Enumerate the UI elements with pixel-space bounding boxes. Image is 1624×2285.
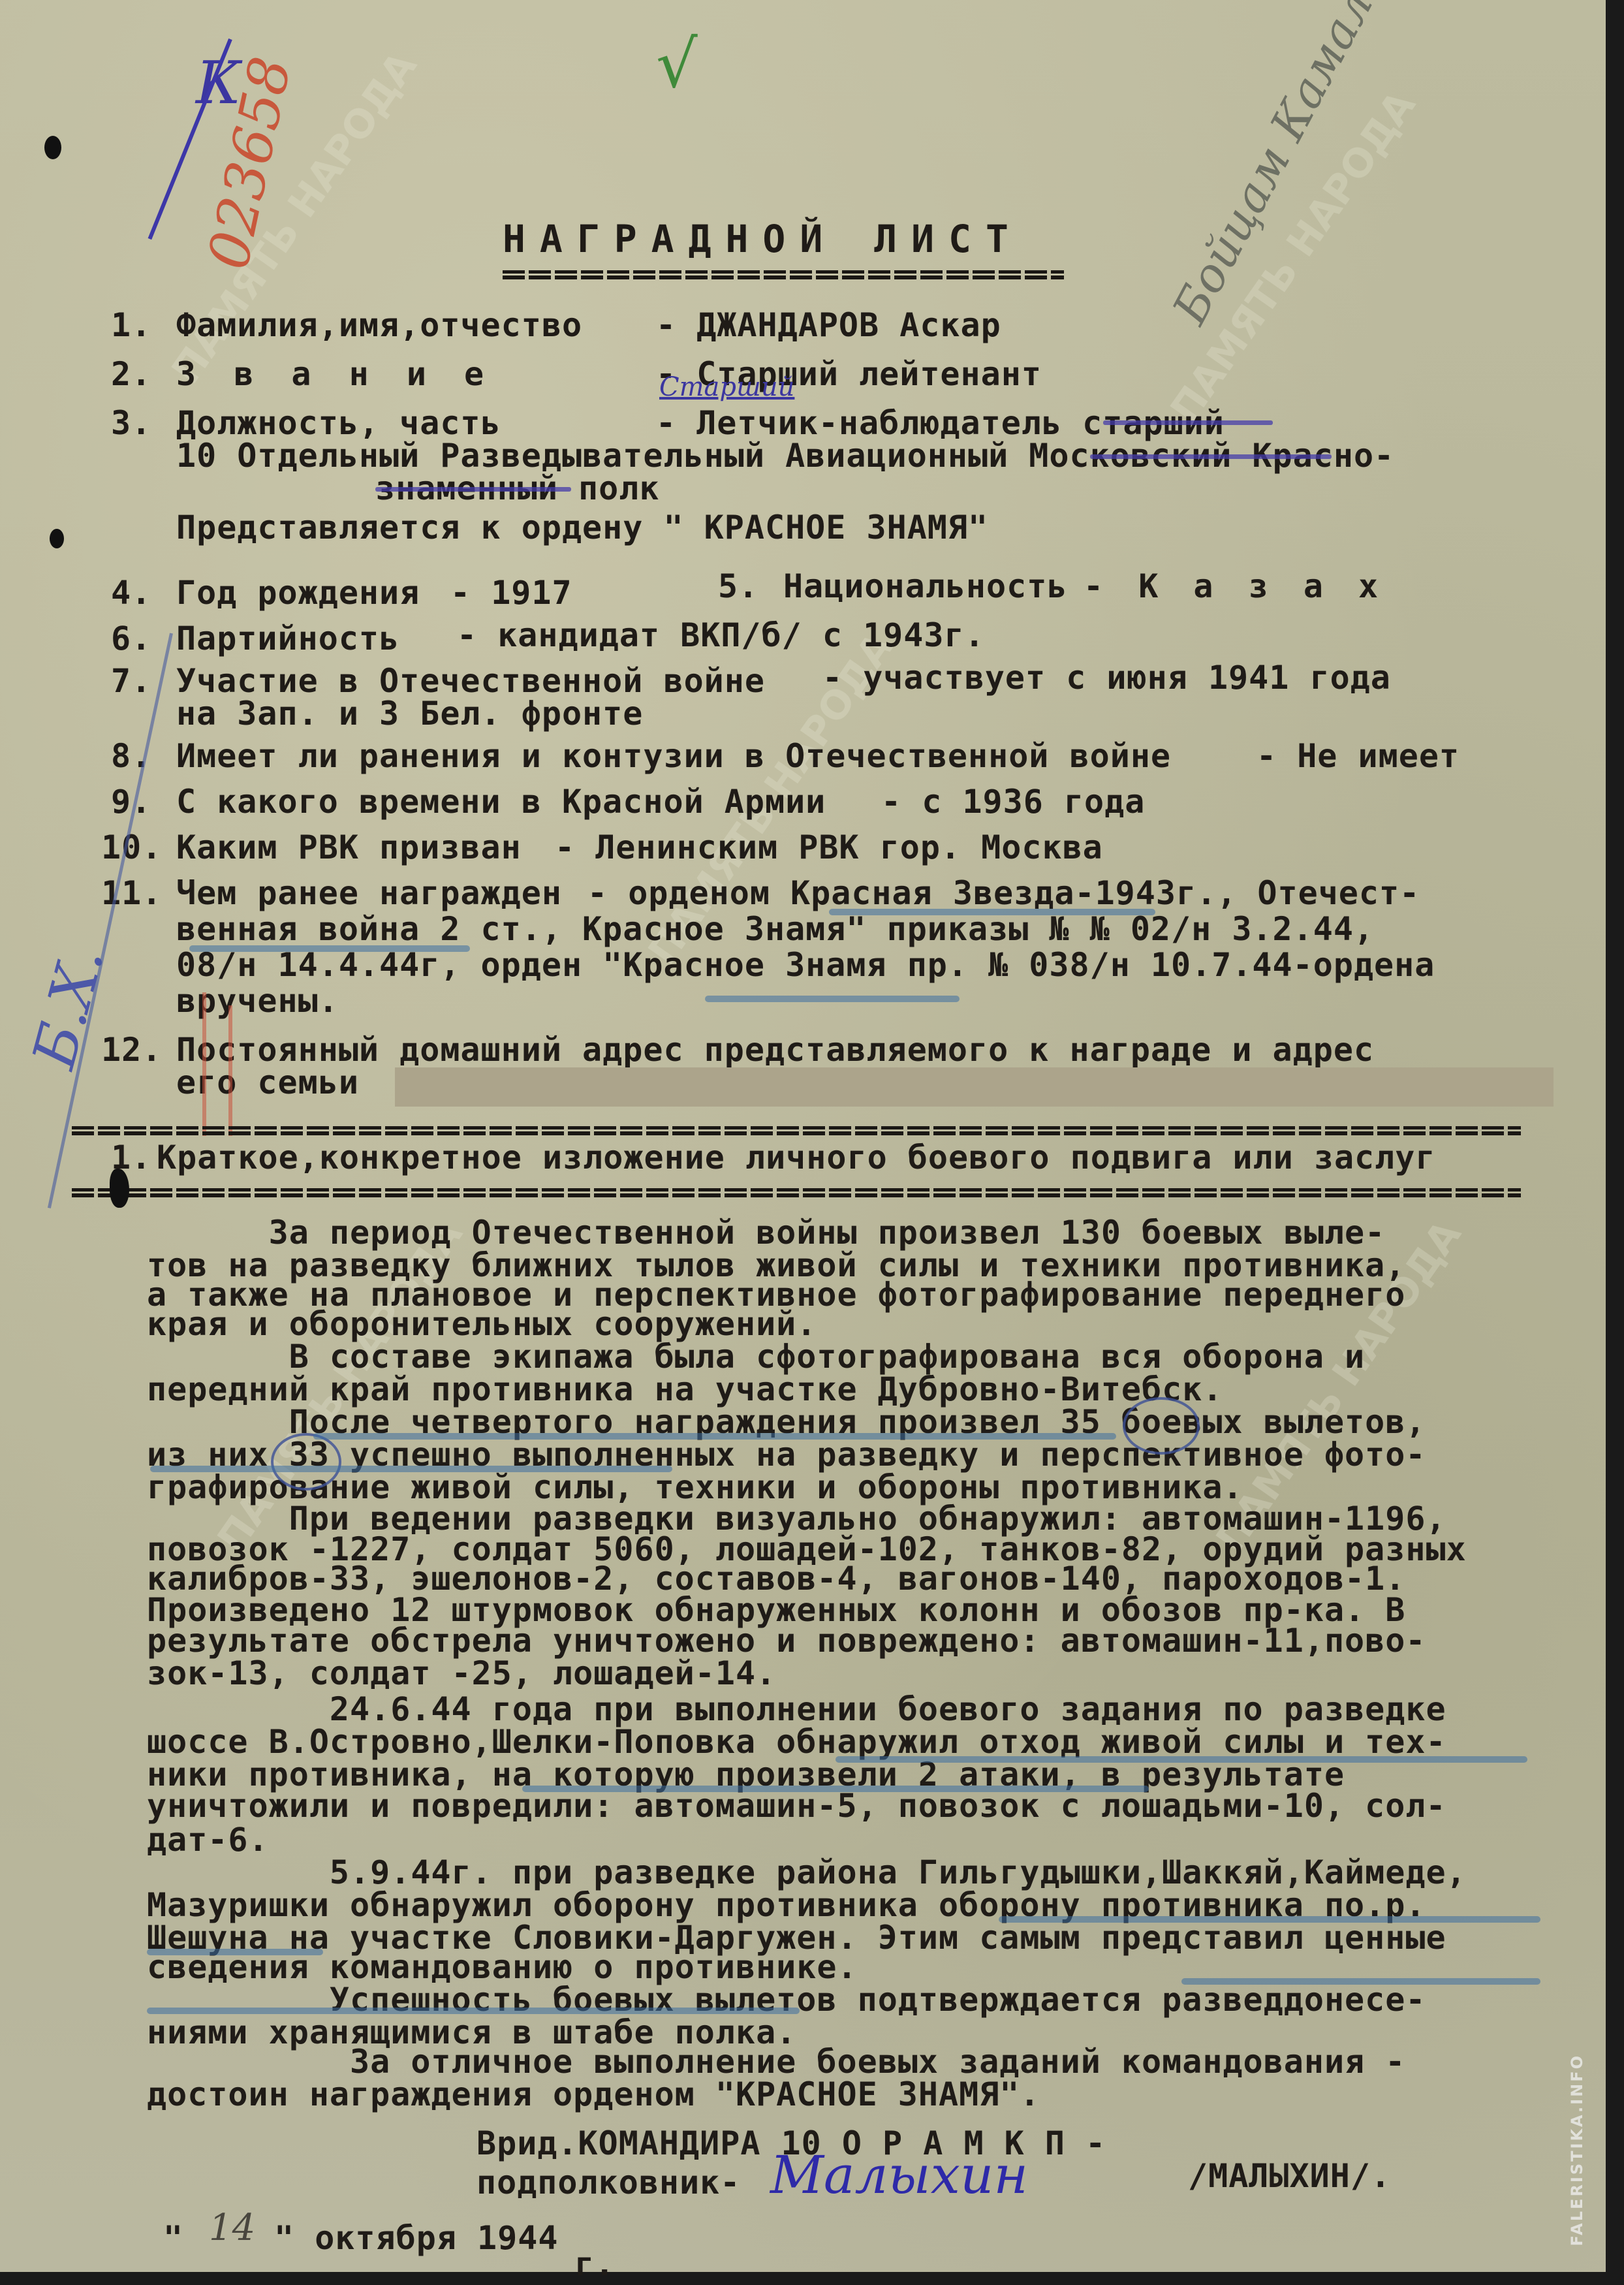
field-11-label: Чем ранее награжден <box>176 875 562 911</box>
body-line: достоин награждения орденом "КРАСНОЕ ЗНА… <box>147 2076 1040 2113</box>
field-12-num: 12. <box>101 1032 162 1068</box>
underline-successful <box>150 1466 672 1472</box>
field-10-label: Каким РВК призван <box>176 829 522 866</box>
field-4-label: Год рождения <box>176 575 420 611</box>
field-5-value: - К а з а х <box>1084 568 1386 605</box>
field-11-num: 11. <box>101 875 162 911</box>
binder-hole <box>44 136 61 159</box>
title-rule <box>503 270 1064 274</box>
underline-after-award <box>313 1433 1116 1440</box>
underline-krasnaya-zvezda <box>829 909 1155 915</box>
section-rule-bottom <box>72 1188 1521 1191</box>
date-year-suffix: г. <box>574 2246 615 2282</box>
body-line: передний край противника на участке Дубр… <box>147 1371 1223 1408</box>
field-11-value: - орденом Красная Звезда-1943г., Отечест… <box>587 875 1420 911</box>
circle-35 <box>1123 1397 1200 1455</box>
field-2-label: З в а н и е <box>176 356 493 392</box>
document-title: НАГРАДНОЙ ЛИСТ <box>503 221 1023 257</box>
field-7-continuation: на Зап. и 3 Бел. фронте <box>176 695 643 732</box>
field-1-value: - ДЖАНДАРОВ Аскар <box>656 307 1001 343</box>
strike-znamenny <box>375 487 571 492</box>
section-rule-top <box>72 1126 1521 1129</box>
underline-svedeniya <box>147 2008 800 2014</box>
field-6-label: Партийность <box>176 620 399 657</box>
underline-oborona <box>999 1916 1540 1923</box>
field-4-num: 4. <box>111 575 151 611</box>
field-4-value: - 1917 <box>450 575 572 611</box>
date-open-quote: " <box>163 2220 183 2256</box>
field-6-value: - кандидат ВКП/б/ с 1943г. <box>457 617 985 654</box>
field-10-num: 10. <box>101 829 162 866</box>
body-line: За период Отечественной войны произвел 1… <box>147 1214 1385 1251</box>
date-day: 14 <box>209 2207 255 2249</box>
field-10-value: - Ленинским РВК гор. Москва <box>555 829 1103 866</box>
body-line: результате обстрела уничтожено и поврежд… <box>147 1622 1426 1659</box>
strike-starshiy <box>1103 420 1273 425</box>
field-8-value: - Не имеет <box>1257 738 1460 774</box>
nomination-line: Представляется к ордену " КРАСНОЕ ЗНАМЯ" <box>176 509 988 546</box>
body-line: края и оборонительных сооружений. <box>147 1306 817 1342</box>
underline-otechestvennaya-voyna <box>189 945 470 952</box>
field-8-label: Имеет ли ранения и контузии в Отечествен… <box>176 738 1171 774</box>
field-11-continuation-3: вручены. <box>176 983 339 1019</box>
field-9-label: С какого времени в Красной Армии <box>176 783 826 820</box>
underline-ataki <box>522 1786 1149 1792</box>
body-line: За отличное выполнение боевых заданий ко… <box>147 2043 1405 2080</box>
body-line: дат-6. <box>147 1821 269 1858</box>
margin-line-red <box>202 992 206 1136</box>
field-6-num: 6. <box>111 620 151 657</box>
underline-predstavil <box>1181 1978 1540 1985</box>
field-7-value: - участвует с июня 1941 года <box>822 659 1391 696</box>
redacted-address <box>395 1067 1554 1107</box>
underline-sheshuna <box>147 1949 323 1955</box>
field-7-label: Участие в Отечественной войне <box>176 663 765 699</box>
field-9-value: - с 1936 года <box>881 783 1145 820</box>
field-3-num: 3. <box>111 405 151 441</box>
check-mark: √ <box>656 26 698 102</box>
signatory-name: /МАЛЫХИН/. <box>1188 2158 1391 2194</box>
handwritten-signature: Малыхин <box>770 2145 1028 2205</box>
field-5-num: 5. <box>718 568 758 605</box>
body-line: шоссе В.Островно,Шелки-Поповка обнаружил… <box>147 1724 1446 1760</box>
section-heading: Краткое,конкретное изложение личного бое… <box>157 1139 1435 1176</box>
strike-moskovskiy <box>1090 454 1332 459</box>
signature-rank: подполковник- <box>476 2164 740 2201</box>
field-12-label: Постоянный домашний адрес представляемог… <box>176 1032 1374 1068</box>
body-line: 24.6.44 года при выполнении боевого зада… <box>147 1691 1446 1727</box>
body-line: В составе экипажа была сфотографирована … <box>147 1338 1365 1375</box>
underline-krasnoe-znamya <box>705 996 960 1002</box>
field-7-num: 7. <box>111 663 151 699</box>
margin-line-red <box>228 1005 232 1136</box>
body-line: зок-13, солдат -25, лошадей-14. <box>147 1655 776 1692</box>
field-11-continuation-2: 08/н 14.4.44г, орден "Красное Знамя пр. … <box>176 947 1435 983</box>
award-sheet-page: ПАМЯТЬ НАРОДА ПАМЯТЬ НАРОДА ПАМЯТЬ НАРОД… <box>0 0 1606 2272</box>
field-1-num: 1. <box>111 307 151 343</box>
body-line: уничтожили и повредили: автомашин-5, пов… <box>147 1788 1446 1824</box>
field-3-label: Должность, часть <box>176 405 501 441</box>
circle-33 <box>271 1433 341 1490</box>
date-month-year: " октября 1944 <box>274 2220 558 2256</box>
handwritten-correction-starshiy: Старший <box>659 372 794 402</box>
body-line: 5.9.44г. при разведке района Гильгудышки… <box>147 1854 1467 1891</box>
field-5-label: Национальность <box>783 568 1067 605</box>
field-2-num: 2. <box>111 356 151 392</box>
binder-hole <box>50 529 64 548</box>
field-11-continuation-1: венная война 2 ст., Красное Знамя" прика… <box>176 911 1374 947</box>
margin-line-blue <box>48 633 173 1208</box>
field-1-label: Фамилия,имя,отчество <box>176 307 582 343</box>
underline-otkhod <box>835 1756 1527 1763</box>
site-watermark: FALERISTIKA.INFO <box>1568 2054 1586 2246</box>
